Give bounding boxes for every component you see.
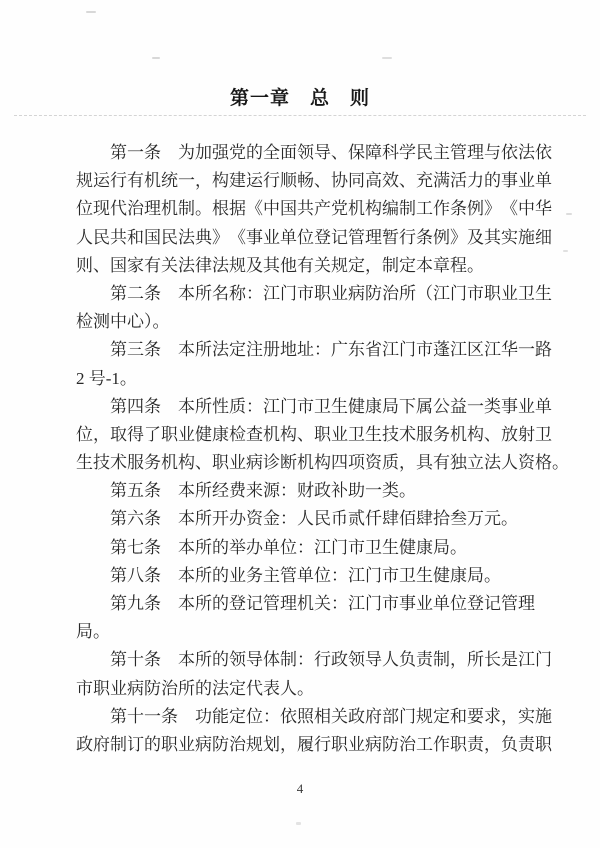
text-line: 第七条 本所的举办单位：江门市卫生健康局。 [76, 534, 524, 562]
chapter-title: 第一章 总 则 [0, 83, 600, 110]
text-line: 第四条 本所性质：江门市卫生健康局下属公益一类事业单 [76, 393, 524, 421]
text-line: 第九条 本所的登记管理机关：江门市事业单位登记管理 [76, 590, 524, 618]
text-line: 第十条 本所的领导体制：行政领导人负责制，所长是江门 [76, 646, 524, 674]
scan-speck [382, 57, 392, 59]
text-line: 人民共和国民法典》《事业单位登记管理暂行条例》及其实施细 [76, 224, 524, 252]
text-line: 位现代治理机制。根据《中国共产党机构编制工作条例》《中华 [76, 195, 524, 223]
text-line: 第十一条 功能定位：依照相关政府部门规定和要求，实施 [76, 703, 524, 731]
text-line: 检测中心）。 [76, 308, 524, 336]
scan-artifact-line [14, 115, 586, 116]
text-line: 第八条 本所的业务主管单位：江门市卫生健康局。 [76, 562, 524, 590]
text-line: 2 号-1。 [76, 365, 524, 393]
scan-speck [566, 213, 572, 215]
text-line: 则、国家有关法律法规及其他有关规定，制定本章程。 [76, 252, 524, 280]
text-line: 市职业病防治所的法定代表人。 [76, 675, 524, 703]
text-line: 局。 [76, 618, 524, 646]
page-number: 4 [0, 781, 600, 797]
text-line: 第五条 本所经费来源：财政补助一类。 [76, 477, 524, 505]
text-line: 规运行有机统一，构建运行顺畅、协同高效、充满活力的事业单 [76, 167, 524, 195]
scanned-document-page: 第一章 总 则 第一条 为加强党的全面领导、保障科学民主管理与依法依规运行有机统… [0, 0, 600, 848]
scan-speck [152, 57, 160, 59]
text-line: 第三条 本所法定注册地址：广东省江门市蓬江区江华一路 [76, 336, 524, 364]
text-line: 生技术服务机构、职业病诊断机构四项资质，具有独立法人资格。 [76, 449, 524, 477]
text-line: 位，取得了职业健康检查机构、职业卫生技术服务机构、放射卫 [76, 421, 524, 449]
text-line: 第六条 本所开办资金：人民币贰仟肆佰肆拾叁万元。 [76, 505, 524, 533]
text-line: 第一条 为加强党的全面领导、保障科学民主管理与依法依 [76, 139, 524, 167]
text-line: 政府制订的职业病防治规划，履行职业病防治工作职责，负责职 [76, 731, 524, 759]
scan-speck [296, 822, 301, 825]
scan-speck [563, 250, 568, 252]
text-line: 第二条 本所名称：江门市职业病防治所（江门市职业卫生 [76, 280, 524, 308]
document-body: 第一条 为加强党的全面领导、保障科学民主管理与依法依规运行有机统一，构建运行顺畅… [76, 139, 524, 759]
scan-speck [86, 11, 96, 13]
